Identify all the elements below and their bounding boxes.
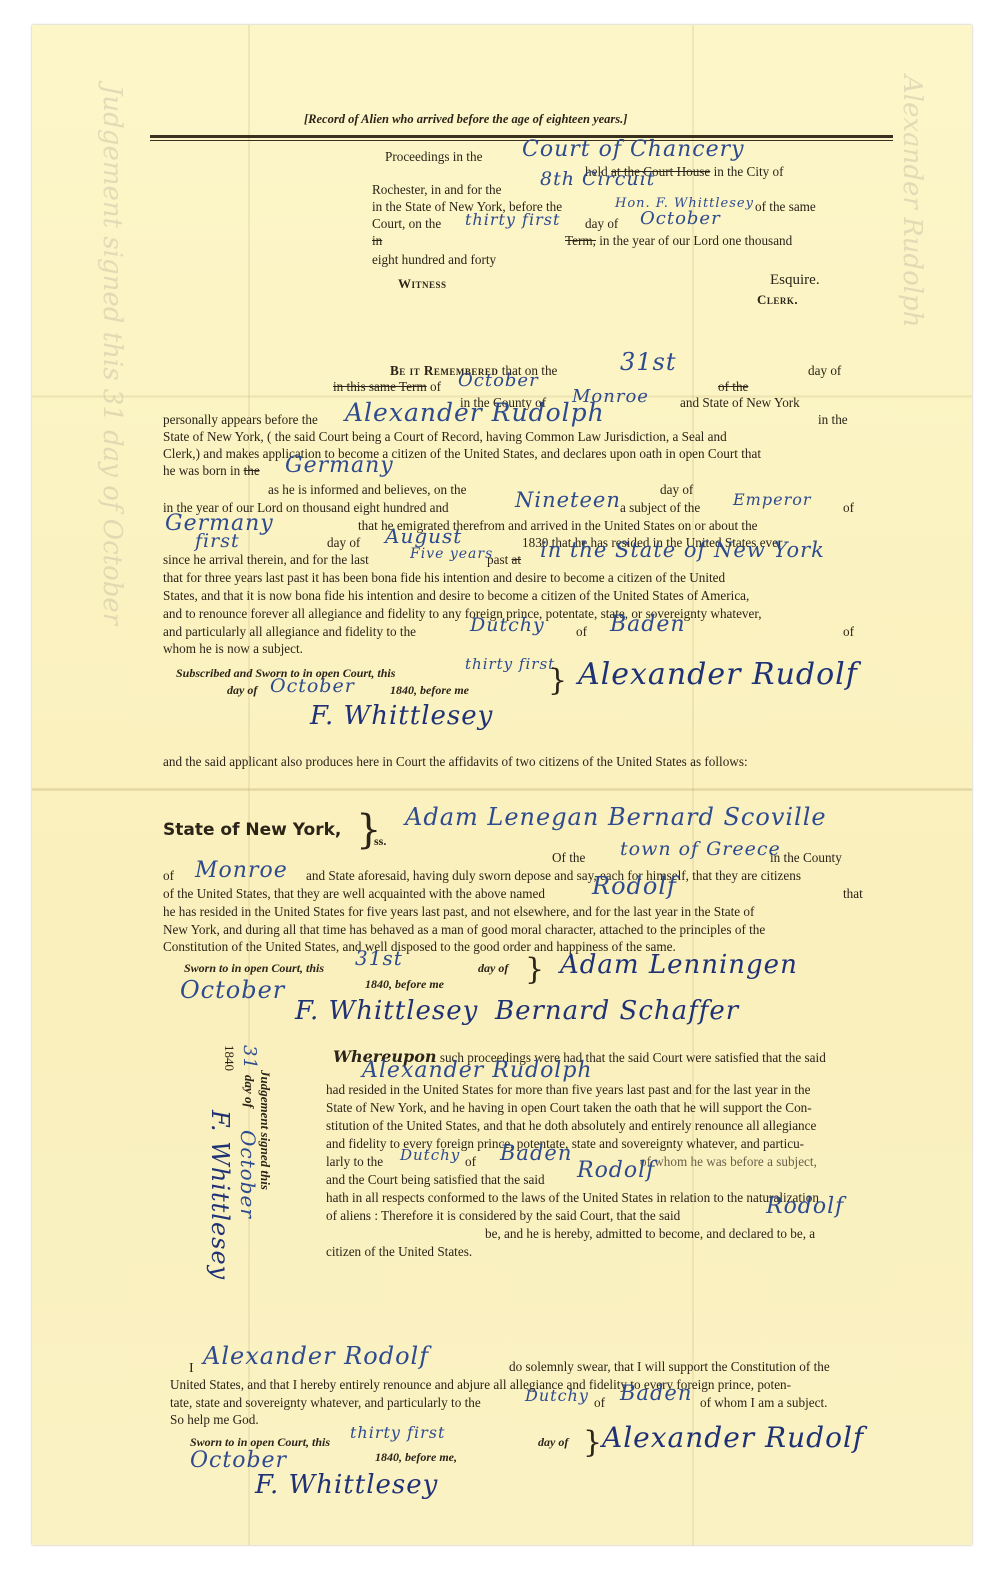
proceedings-label: Proceedings in the <box>385 150 482 163</box>
birthplace-handwritten: Germany <box>285 455 394 477</box>
witness-signature-1: Adam Lenningen <box>560 952 798 978</box>
judgment-line-8: hath in all respects conformed to the la… <box>326 1191 819 1204</box>
year-of-lord: in the year of our Lord one thousand <box>599 233 792 248</box>
dominion-handwritten: Baden <box>620 1383 692 1404</box>
born-in-text: he was born in <box>163 463 240 478</box>
judgment-line-7: and the Court being satisfied that the s… <box>326 1173 545 1186</box>
day-handwritten: thirty first <box>465 212 560 228</box>
before-me: , before me <box>389 977 444 991</box>
oath-month-handwritten: October <box>190 1450 287 1472</box>
struck-at: at <box>512 552 522 567</box>
struck-the: the <box>244 463 260 478</box>
day-of-label: day of <box>808 364 841 377</box>
judgment-line-11: citizen of the United States. <box>326 1245 472 1258</box>
of-text: of <box>843 501 854 514</box>
brace: } <box>525 955 544 985</box>
subscribed-year: 1840 <box>390 683 414 697</box>
in-the: in the <box>818 413 848 426</box>
brace: } <box>583 1428 602 1458</box>
clerk-signature: F. Whittlesey <box>295 998 478 1024</box>
sworn-month-handwritten: October <box>180 978 285 1002</box>
judgment-line-4: stitution of the United States, and that… <box>326 1119 816 1132</box>
name2-handwritten: Rodolf <box>577 1160 655 1182</box>
judgement-signed-note: Judgement signed this <box>259 1070 272 1190</box>
sworn-year-line: 1840, before me <box>365 978 444 990</box>
oath-year: 1840 <box>375 1450 399 1464</box>
judgment-line-2: had resided in the United States for mor… <box>326 1083 811 1096</box>
deposed-line: and State aforesaid, having duly sworn d… <box>306 869 801 882</box>
so-help-me-god: So help me God. <box>170 1413 259 1426</box>
oath-i: I <box>189 1362 194 1376</box>
witness-label: Witness <box>398 277 447 290</box>
of-text: of <box>576 625 587 638</box>
same-court-text: of the same <box>755 200 816 213</box>
circuit-handwritten: 8th Circuit <box>540 170 655 189</box>
day-of-label: day of <box>538 1436 568 1448</box>
day-of-label: day of <box>478 962 508 974</box>
dominion-handwritten: Baden <box>610 614 686 636</box>
oath-line-2: United States, and that I hereby entirel… <box>170 1378 791 1391</box>
application-line: Clerk,) and makes application to become … <box>163 447 761 460</box>
paper-vertical-crease <box>692 25 694 1545</box>
struck-term: Term, <box>565 233 596 248</box>
arrival-month-handwritten: August <box>385 526 462 546</box>
struck-in: in <box>372 234 382 247</box>
five-years-line: he has resided in the United States for … <box>163 905 754 918</box>
whom-subject-text: of whom I am a subject. <box>700 1396 827 1409</box>
of-text: of <box>430 379 441 394</box>
arrival-day-handwritten: first <box>195 532 240 551</box>
name3-handwritten: Rodolf <box>766 1196 844 1218</box>
named-handwritten: Rodolf <box>592 874 677 898</box>
of-text: of <box>163 869 174 882</box>
moral-character-line: New York, and during all that time has b… <box>163 923 765 936</box>
state-of-new-york-heading: State of New York, <box>163 822 341 839</box>
dominion-handwritten: Baden <box>500 1143 572 1164</box>
sworn-year: 1840 <box>365 977 389 991</box>
past-word: past <box>487 552 508 567</box>
affidavits-line: and the said applicant also produces her… <box>163 755 748 768</box>
subscribed-year-line: 1840, before me <box>390 684 469 696</box>
struck-of-the: of the <box>718 380 748 393</box>
dominion-type-handwritten: Dutchy <box>400 1148 460 1163</box>
witness-signature-2: Bernard Schaffer <box>495 998 739 1024</box>
residence-handwritten: in the State of New York <box>540 540 825 561</box>
before-me: , before me, <box>399 1450 457 1464</box>
oath-line-3: tate, state and sovereignty whatever, an… <box>170 1396 481 1409</box>
in-the-county: in the County <box>770 851 842 864</box>
judgment-line-3: State of New York, and he having in open… <box>326 1101 812 1114</box>
day-of-label: day of <box>585 217 618 230</box>
day-of-label: day of <box>227 684 257 696</box>
court-on-the: Court, on the <box>372 217 441 230</box>
side-note-signature: F. Whittlesey <box>208 1110 232 1280</box>
witnesses-handwritten: Adam Lenegan Bernard Scoville <box>405 805 827 829</box>
brace: } <box>548 666 567 696</box>
dominion-type-handwritten: Dutchy <box>470 616 545 635</box>
day-of-label: day of <box>660 483 693 496</box>
years-handwritten: Five years <box>410 547 493 561</box>
oath-year-line: 1840, before me, <box>375 1451 457 1463</box>
eighteen-forty: eight hundred and forty <box>372 253 496 266</box>
clerk-label: Clerk. <box>757 293 798 306</box>
struck-same-term: in this same Term <box>333 379 427 394</box>
judgment-line-10: be, and he is hereby, admitted to become… <box>485 1227 815 1240</box>
esquire-label: Esquire. <box>770 273 820 288</box>
informed-line: as he is informed and believes, on the <box>268 483 467 496</box>
subscribed-day-handwritten: thirty first <box>465 657 555 672</box>
ss-label: ss. <box>374 835 386 847</box>
day-of-label: day of <box>327 536 360 549</box>
side-note-day: 31 <box>240 1045 258 1070</box>
judgment-line-6: larly to the <box>326 1155 383 1168</box>
term-line: Term, in the year of our Lord one thousa… <box>565 234 792 247</box>
term-of-line: in this same Term of <box>333 380 441 393</box>
three-years-line: that for three years last past it has be… <box>163 571 725 584</box>
city-of-text: in the City of <box>714 164 784 179</box>
oath-name-handwritten: Alexander Rodolf <box>203 1344 429 1368</box>
oath-applicant-signature: Alexander Rudolf <box>602 1424 864 1452</box>
bleed-through-writing: Judgement signed this 31 day of October <box>97 85 127 625</box>
of-the: Of the <box>552 851 585 864</box>
acquainted-line: of the United States, that they are well… <box>163 887 545 900</box>
oath-clerk-signature: F. Whittlesey <box>255 1472 438 1498</box>
county-handwritten: Monroe <box>195 860 288 882</box>
state-new-york: and State of New York <box>680 396 800 409</box>
oath-day-handwritten: thirty first <box>350 1425 445 1441</box>
clerk-signature: F. Whittlesey <box>310 703 493 729</box>
since-arrival: since he arrival therein, and for the la… <box>163 553 369 566</box>
past-text: past at <box>487 553 521 566</box>
paper-vertical-crease <box>248 25 250 1545</box>
court-of-record-line: State of New York, ( the said Court bein… <box>163 430 727 443</box>
side-note-month: October <box>238 1130 258 1219</box>
rochester-line: Rochester, in and for the <box>372 183 501 196</box>
that-text: that <box>843 887 863 900</box>
court-name-handwritten: Court of Chancery <box>522 139 745 161</box>
judgment-name-handwritten: Alexander Rudolph <box>362 1060 593 1082</box>
oath-line-1: do solemnly swear, that I will support t… <box>509 1360 830 1373</box>
bona-fide-line: States, and that it is now bona fide his… <box>163 589 749 602</box>
day-31st-handwritten: 31st <box>620 350 677 374</box>
personally-appears: personally appears before the <box>163 413 318 426</box>
birth-year-handwritten: Nineteen <box>515 490 621 511</box>
month-handwritten: October <box>458 372 539 390</box>
sworn-label: Sworn to in open Court, this <box>184 962 324 974</box>
town-handwritten: town of Greece <box>620 840 781 859</box>
subject-of: a subject of the <box>620 501 700 514</box>
dominion-type-handwritten: Dutchy <box>525 1388 589 1404</box>
subscribed-month-handwritten: October <box>270 677 355 696</box>
bleed-through-writing: Alexander Rudolph <box>897 75 927 327</box>
month-handwritten: October <box>640 210 721 228</box>
side-note-year: 1840 <box>223 1045 236 1071</box>
sovereign-handwritten: Emperor <box>733 492 812 508</box>
before-me: , before me <box>414 683 469 697</box>
naturalization-record-paper: Judgement signed this 31 day of October … <box>32 25 972 1545</box>
whom-line: whom he is now a subject. <box>163 642 303 655</box>
side-note-day-of: day of <box>243 1075 256 1108</box>
applicant-name-handwritten: Alexander Rudolph <box>345 400 605 425</box>
form-header-note: [Record of Alien who arrived before the … <box>304 113 627 126</box>
particularly-line: and particularly all allegiance and fide… <box>163 625 416 638</box>
sworn-day-handwritten: 31st <box>355 948 403 968</box>
born-in-line: he was born in the <box>163 464 260 477</box>
of-text: of <box>843 625 854 638</box>
paper-fold-line <box>32 788 972 791</box>
of-text: of <box>594 1396 605 1409</box>
applicant-signature: Alexander Rudolf <box>578 660 858 690</box>
oath-sworn-label: Sworn to in open Court, this <box>190 1436 330 1448</box>
of-text: of <box>465 1155 476 1168</box>
before-subject-text: of whom he was before a subject, <box>640 1155 817 1168</box>
judgment-line-9: of aliens : Therefore it is considered b… <box>326 1209 680 1222</box>
